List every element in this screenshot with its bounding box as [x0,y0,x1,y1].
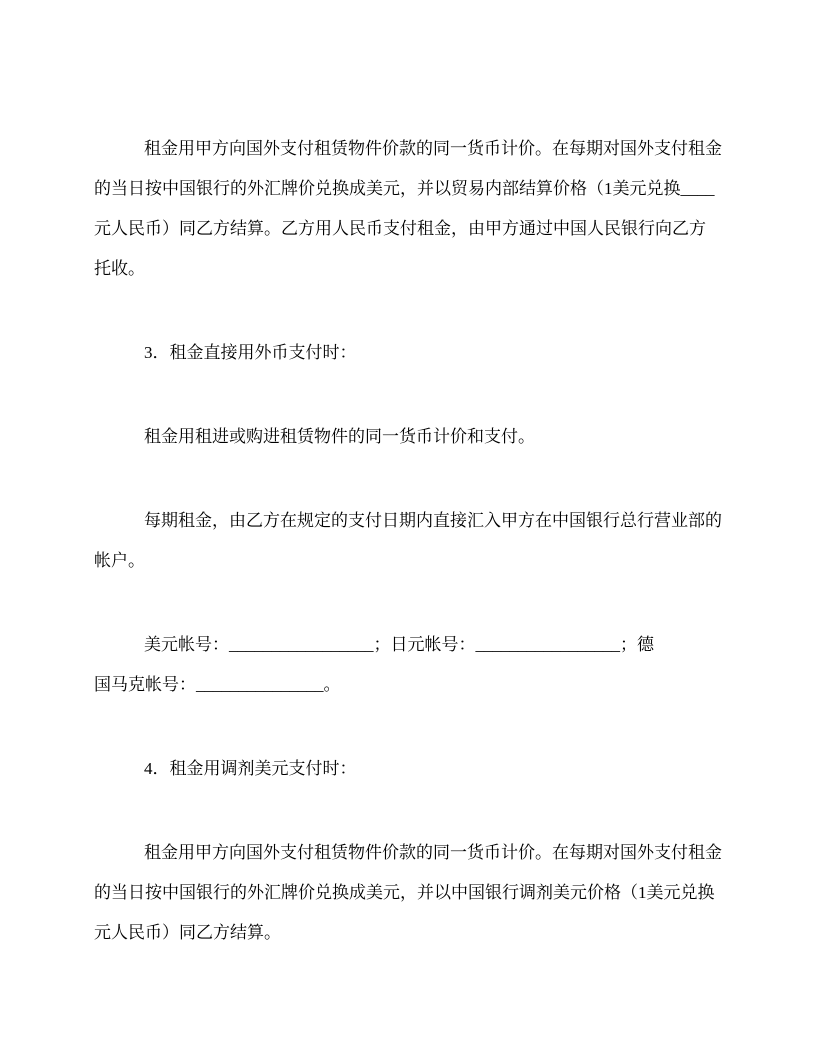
paragraph-clause-3-heading: 3．租金直接用外币支付时： [94,333,720,373]
text-line: 租金用甲方向国外支付租赁物件价款的同一货币计价。在每期对国外支付租金 [94,833,720,873]
text-line: 每期租金，由乙方在规定的支付日期内直接汇入甲方在中国银行总行营业部的 [94,501,720,541]
text-line: 4．租金用调剂美元支付时： [94,749,720,789]
document-page: 租金用甲方向国外支付租赁物件价款的同一货币计价。在每期对国外支付租金 的当日按中… [0,0,816,1056]
text-line: 3．租金直接用外币支付时： [94,333,720,373]
text-line: 的当日按中国银行的外汇牌价兑换成美元，并以中国银行调剂美元价格（1美元兑换 [94,873,720,913]
text-line: 美元帐号：_________________；日元帐号：____________… [94,625,720,665]
text-line: 托收。 [94,249,720,289]
text-line: 租金用甲方向国外支付租赁物件价款的同一货币计价。在每期对国外支付租金 [94,129,720,169]
text-line: 租金用租进或购进租赁物件的同一货币计价和支付。 [94,417,720,457]
paragraph-remittance-to-bank-of-china: 每期租金，由乙方在规定的支付日期内直接汇入甲方在中国银行总行营业部的 帐户。 [94,501,720,581]
text-line: 国马克帐号：_______________。 [94,665,720,705]
paragraph-rent-adjusted-usd-settlement: 租金用甲方向国外支付租赁物件价款的同一货币计价。在每期对国外支付租金 的当日按中… [94,833,720,953]
text-line: 帐户。 [94,541,720,581]
text-line: 元人民币）同乙方结算。乙方用人民币支付租金，由甲方通过中国人民银行向乙方 [94,209,720,249]
paragraph-clause-4-heading: 4．租金用调剂美元支付时： [94,749,720,789]
text-line: 元人民币）同乙方结算。 [94,913,720,953]
text-line: 的当日按中国银行的外汇牌价兑换成美元，并以贸易内部结算价格（1美元兑换____ [94,169,720,209]
paragraph-rent-trade-internal-settlement: 租金用甲方向国外支付租赁物件价款的同一货币计价。在每期对国外支付租金 的当日按中… [94,129,720,289]
paragraph-account-numbers-blanks: 美元帐号：_________________；日元帐号：____________… [94,625,720,705]
paragraph-clause-3-body: 租金用租进或购进租赁物件的同一货币计价和支付。 [94,417,720,457]
